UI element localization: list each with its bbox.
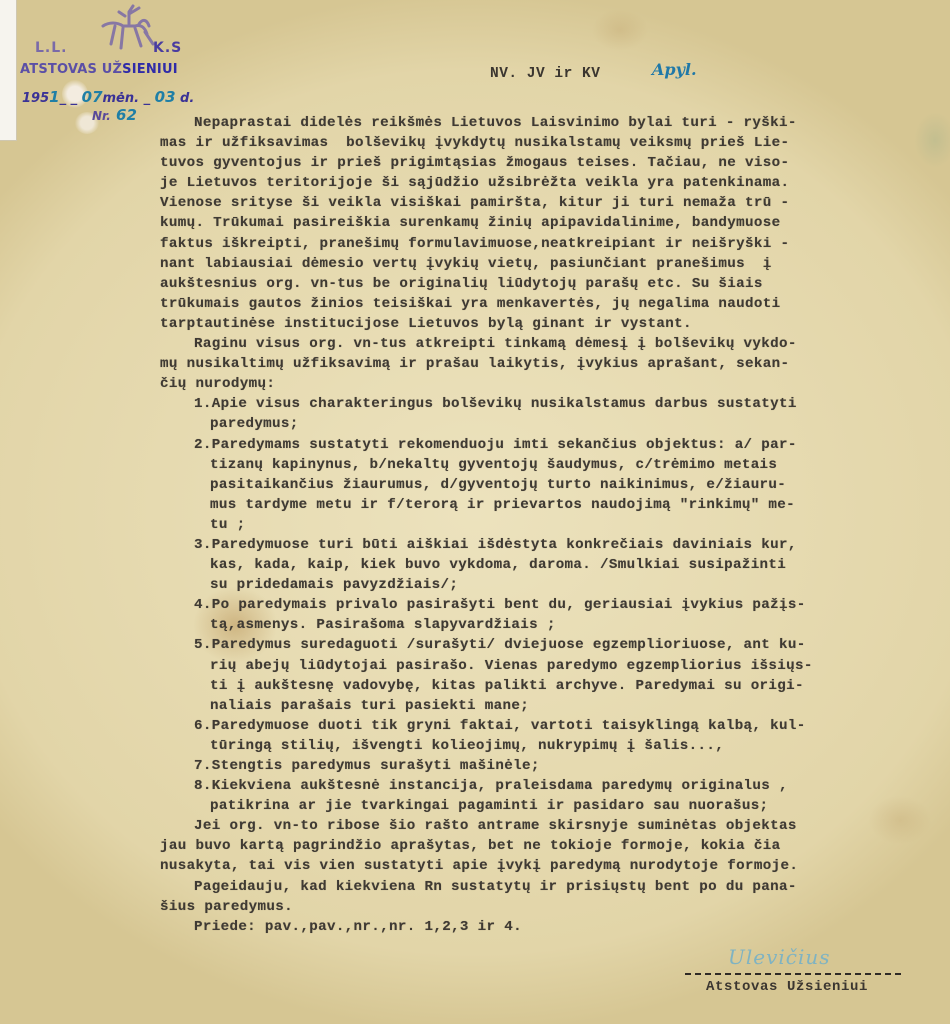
text-line: Priede: pav.,pav.,nr.,nr. 1,2,3 ir 4. <box>160 917 930 937</box>
stamp-initials-right: K.S <box>153 40 182 56</box>
stamp-office-name-part2: SIENIUI <box>122 62 178 77</box>
text-line: Jei org. vn-to ribose šio rašto antrame … <box>160 816 930 836</box>
text-line: kumų. Trūkumai pasireiškia surenkamų žin… <box>160 213 930 233</box>
stamp-office-name: ATSTOVAS UŽSIENIUI <box>20 62 178 77</box>
signature-line <box>685 973 901 975</box>
stamp-month-value: 07 <box>82 88 103 106</box>
text-line: faktus iškreipti, pranešimų formulavimuo… <box>160 234 930 254</box>
stamp-initials-left: L.L. <box>35 40 67 56</box>
text-line: 1.Apie visus charakteringus bolševikų nu… <box>160 394 930 414</box>
text-line: tūringą stilių, išvengti kolieojimų, nuk… <box>160 736 930 756</box>
addressee-line: NV. JV ir KV <box>490 66 600 82</box>
text-line: 7.Stengtis paredymus surašyti mašinėle; <box>160 756 930 776</box>
stamp-number-prefix: Nr. <box>92 109 111 123</box>
text-line: jau buvo kartą pagrindžio aprašytas, bet… <box>160 836 930 856</box>
stamp-year-digit: 1 <box>49 88 59 106</box>
text-line: patikrina ar jie tvarkingai pagaminti ir… <box>160 796 930 816</box>
stamp-year-prefix: 195 <box>22 91 49 106</box>
text-line: su pridedamais pavyzdžiais/; <box>160 575 930 595</box>
text-line: tą,asmenys. Pasirašoma slapyvardžiais ; <box>160 615 930 635</box>
handwritten-note: Apyl. <box>652 60 697 79</box>
text-line: nant labiausiai dėmesio vertų įvykių vie… <box>160 254 930 274</box>
text-line: mus tardyme metu ir f/terorą ir prievart… <box>160 495 930 515</box>
paper-edge-tab <box>0 0 17 141</box>
text-line: čių nurodymų: <box>160 374 930 394</box>
text-line: ti į aukštesnę vadovybę, kitas palikti a… <box>160 676 930 696</box>
text-line: Pageidauju, kad kiekviena Rn sustatytų i… <box>160 877 930 897</box>
text-line: tu ; <box>160 515 930 535</box>
text-line: 8.Kiekviena aukštesnė instancija, pralei… <box>160 776 930 796</box>
text-line: tuvos gyventojus ir prieš prigimtąsias ž… <box>160 153 930 173</box>
text-line: Vienose srityse ši veikla visiškai pamir… <box>160 193 930 213</box>
text-line: šius paredymus. <box>160 897 930 917</box>
text-line: Raginu visus org. vn-tus atkreipti tinka… <box>160 334 930 354</box>
signatory-title: Atstovas Užsieniui <box>706 979 868 995</box>
text-line: 6.Paredymuose duoti tik gryni faktai, va… <box>160 716 930 736</box>
text-line: nusakyta, tai vis vien sustatyti apie įv… <box>160 856 930 876</box>
stamp-day-value: 03 <box>155 88 176 106</box>
text-line: mas ir užfiksavimas bolševikų įvykdytų n… <box>160 133 930 153</box>
text-line: kas, kada, kaip, kiek buvo vykdoma, daro… <box>160 555 930 575</box>
handwritten-signature: Ulevičius <box>728 945 831 969</box>
text-line: rių abejų liūdytojai pasirašo. Vienas pa… <box>160 656 930 676</box>
text-line: Nepaprastai didelės reikšmės Lietuvos La… <box>160 113 930 133</box>
text-line: tizanų kapinynus, b/nekaltų gyventojų ša… <box>160 455 930 475</box>
stamp-day-label: d. <box>180 91 194 106</box>
text-line: 4.Po paredymais privalo pasirašyti bent … <box>160 595 930 615</box>
stamp-office-name-part1: ATSTOVAS UŽ <box>20 62 122 77</box>
text-line: paredymus; <box>160 414 930 434</box>
text-line: trūkumais gautos žinios teisiškai yra me… <box>160 294 930 314</box>
stamp-month-label: mėn. <box>103 91 140 106</box>
text-line: je Lietuvos teritorijoje ši sąjūdžio užs… <box>160 173 930 193</box>
text-line: tarptautinėse institucijose Lietuvos byl… <box>160 314 930 334</box>
text-line: mų nusikaltimų užfiksavimą ir prašau lai… <box>160 354 930 374</box>
text-line: 5.Paredymus suredaguoti /surašyti/ dviej… <box>160 635 930 655</box>
text-line: 2.Paredymams sustatyti rekomenduoju imti… <box>160 435 930 455</box>
stamp-number-value: 62 <box>116 106 137 124</box>
text-line: naliais parašais turi pasiekti mane; <box>160 696 930 716</box>
stamp-date: 1951_ _ 07mėn. _ 03 d. <box>22 88 194 106</box>
stamp-number: Nr. 62 <box>92 106 137 124</box>
stamp-org-initials: L.L. K.S <box>35 40 215 56</box>
text-line: aukštesnius org. vn-tus be originalių li… <box>160 274 930 294</box>
document-body: Nepaprastai didelės reikšmės Lietuvos La… <box>160 113 930 937</box>
text-line: 3.Paredymuose turi būti aiškiai išdėstyt… <box>160 535 930 555</box>
text-line: pasitaikančius žiaurumus, d/gyventojų tu… <box>160 475 930 495</box>
